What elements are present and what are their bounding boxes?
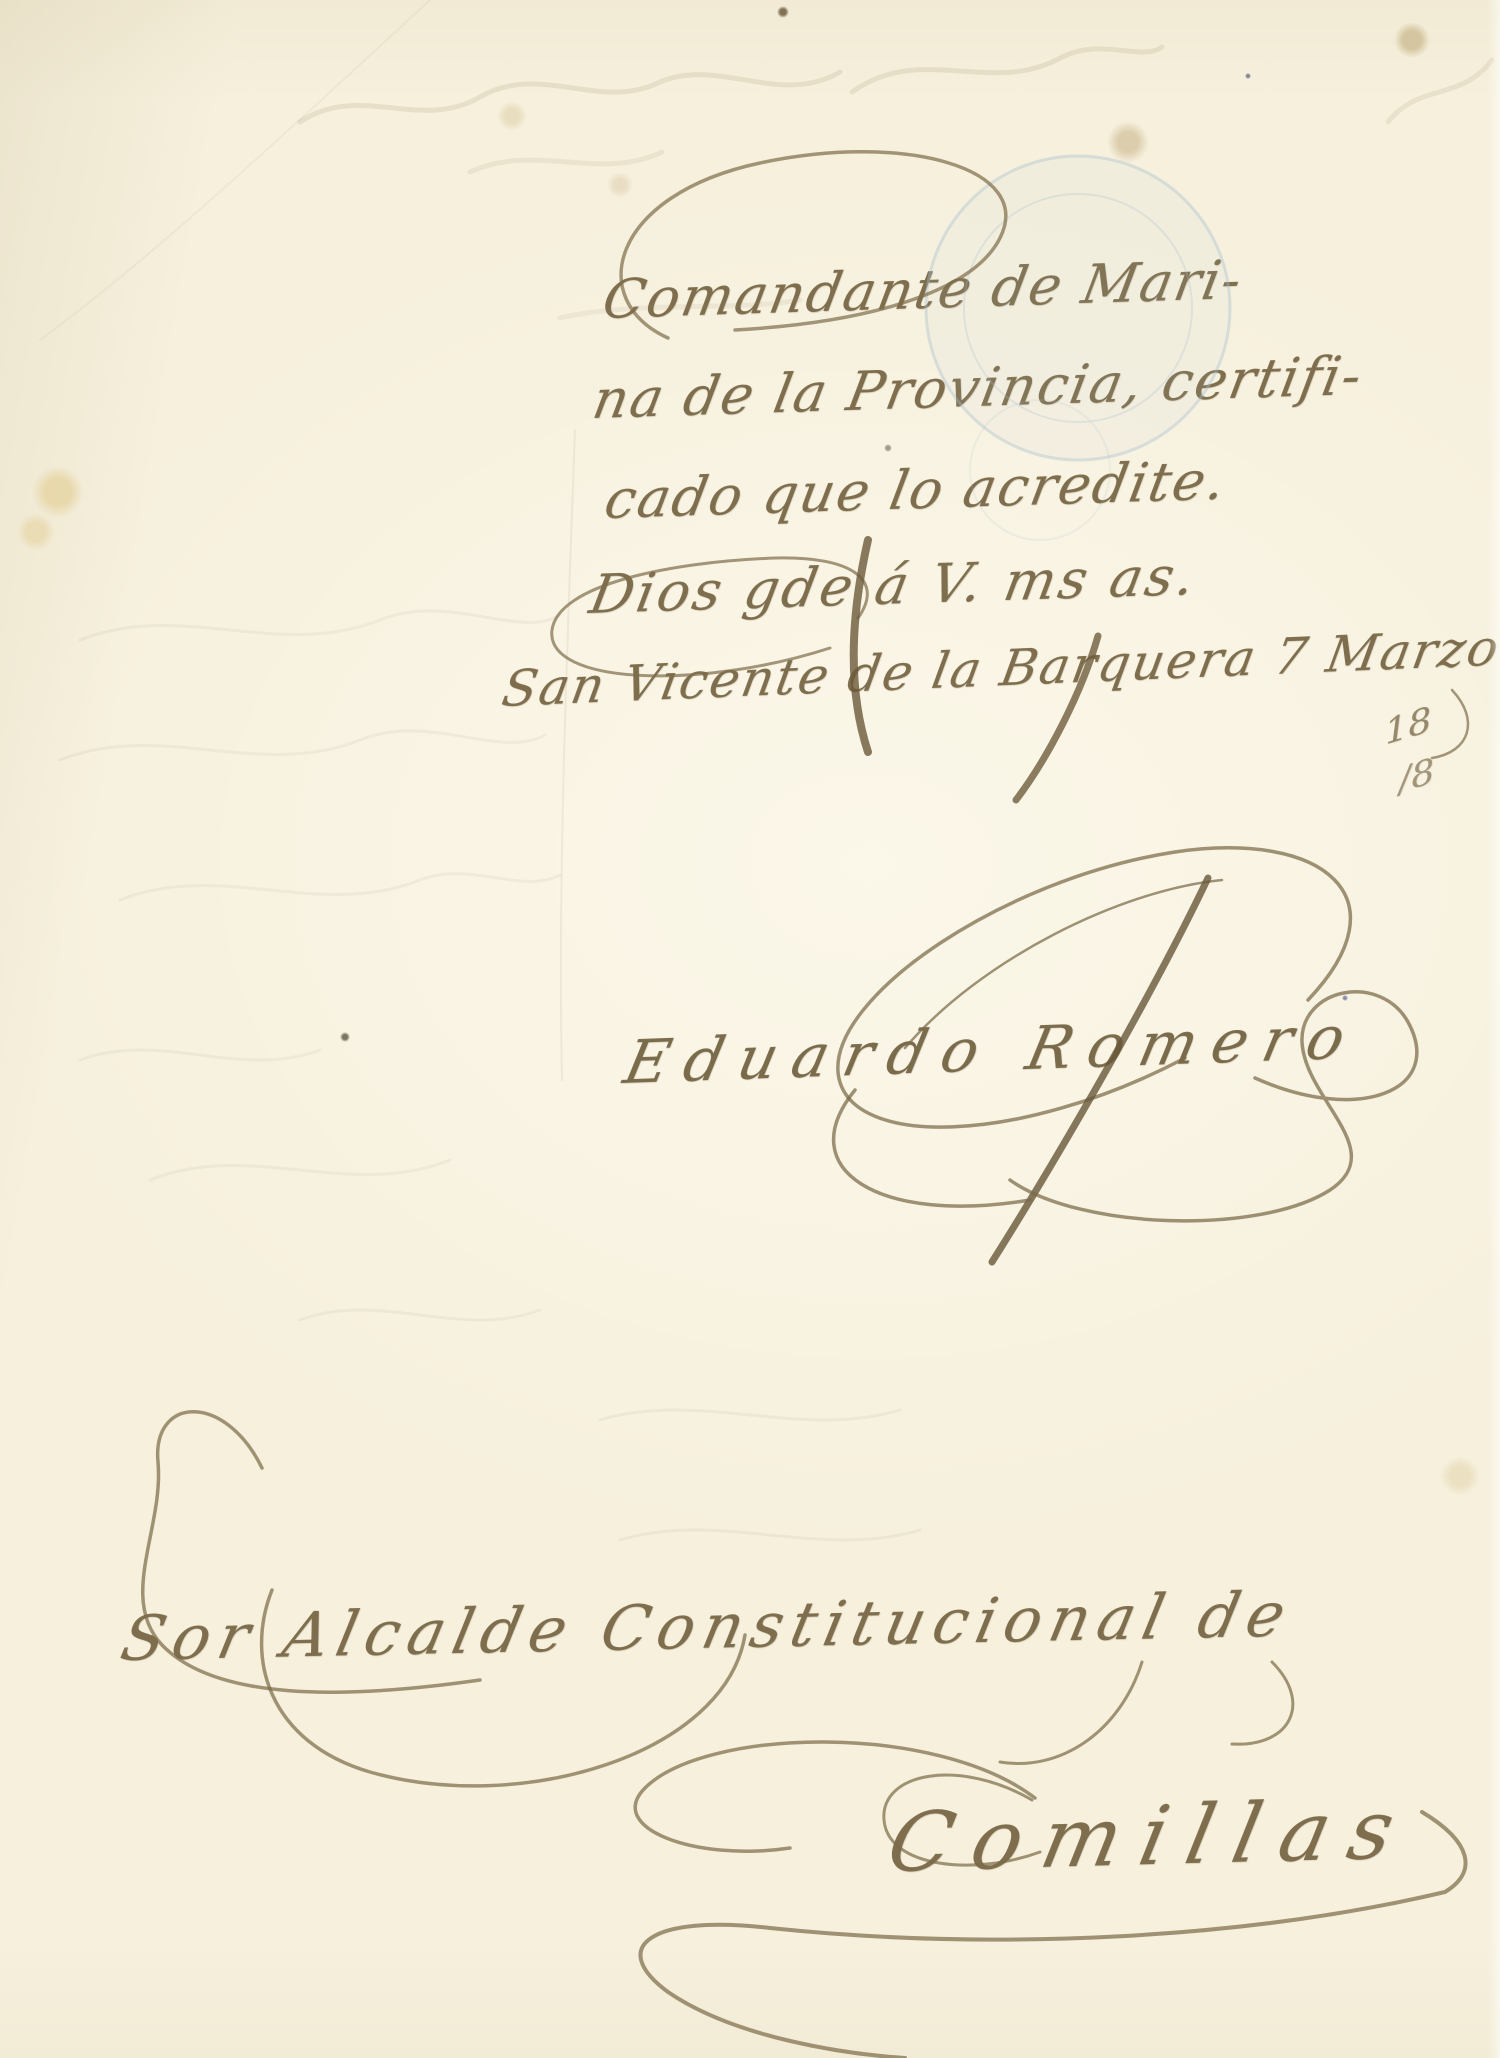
letter-dateline: San Vicente de la Barquera 7 Marzo [498, 619, 1500, 718]
paper-creases [40, 0, 575, 1080]
addressee-town: Comillas [880, 1782, 1422, 1891]
manuscript-page: Comandante de Mari- na de la Provincia, … [0, 0, 1500, 2058]
scan-edge-highlight [1488, 0, 1500, 2058]
addressee-flourishes [143, 1412, 1466, 2058]
letter-line-1: Comandante de Mari- [598, 248, 1248, 331]
year-fragment-top: 18 [1383, 700, 1433, 753]
signature-name: Eduardo Romero [618, 1003, 1366, 1098]
letter-line-3: cado que lo acredite. [600, 449, 1232, 531]
year-fragment-bottom: /8 [1397, 751, 1436, 801]
letter-line-4: Dios gde á V. ms as. [585, 544, 1203, 626]
addressee-line: Sor Alcalde Constitucional de [115, 1578, 1300, 1675]
letter-line-2: na de la Provincia, certifi- [588, 344, 1368, 431]
